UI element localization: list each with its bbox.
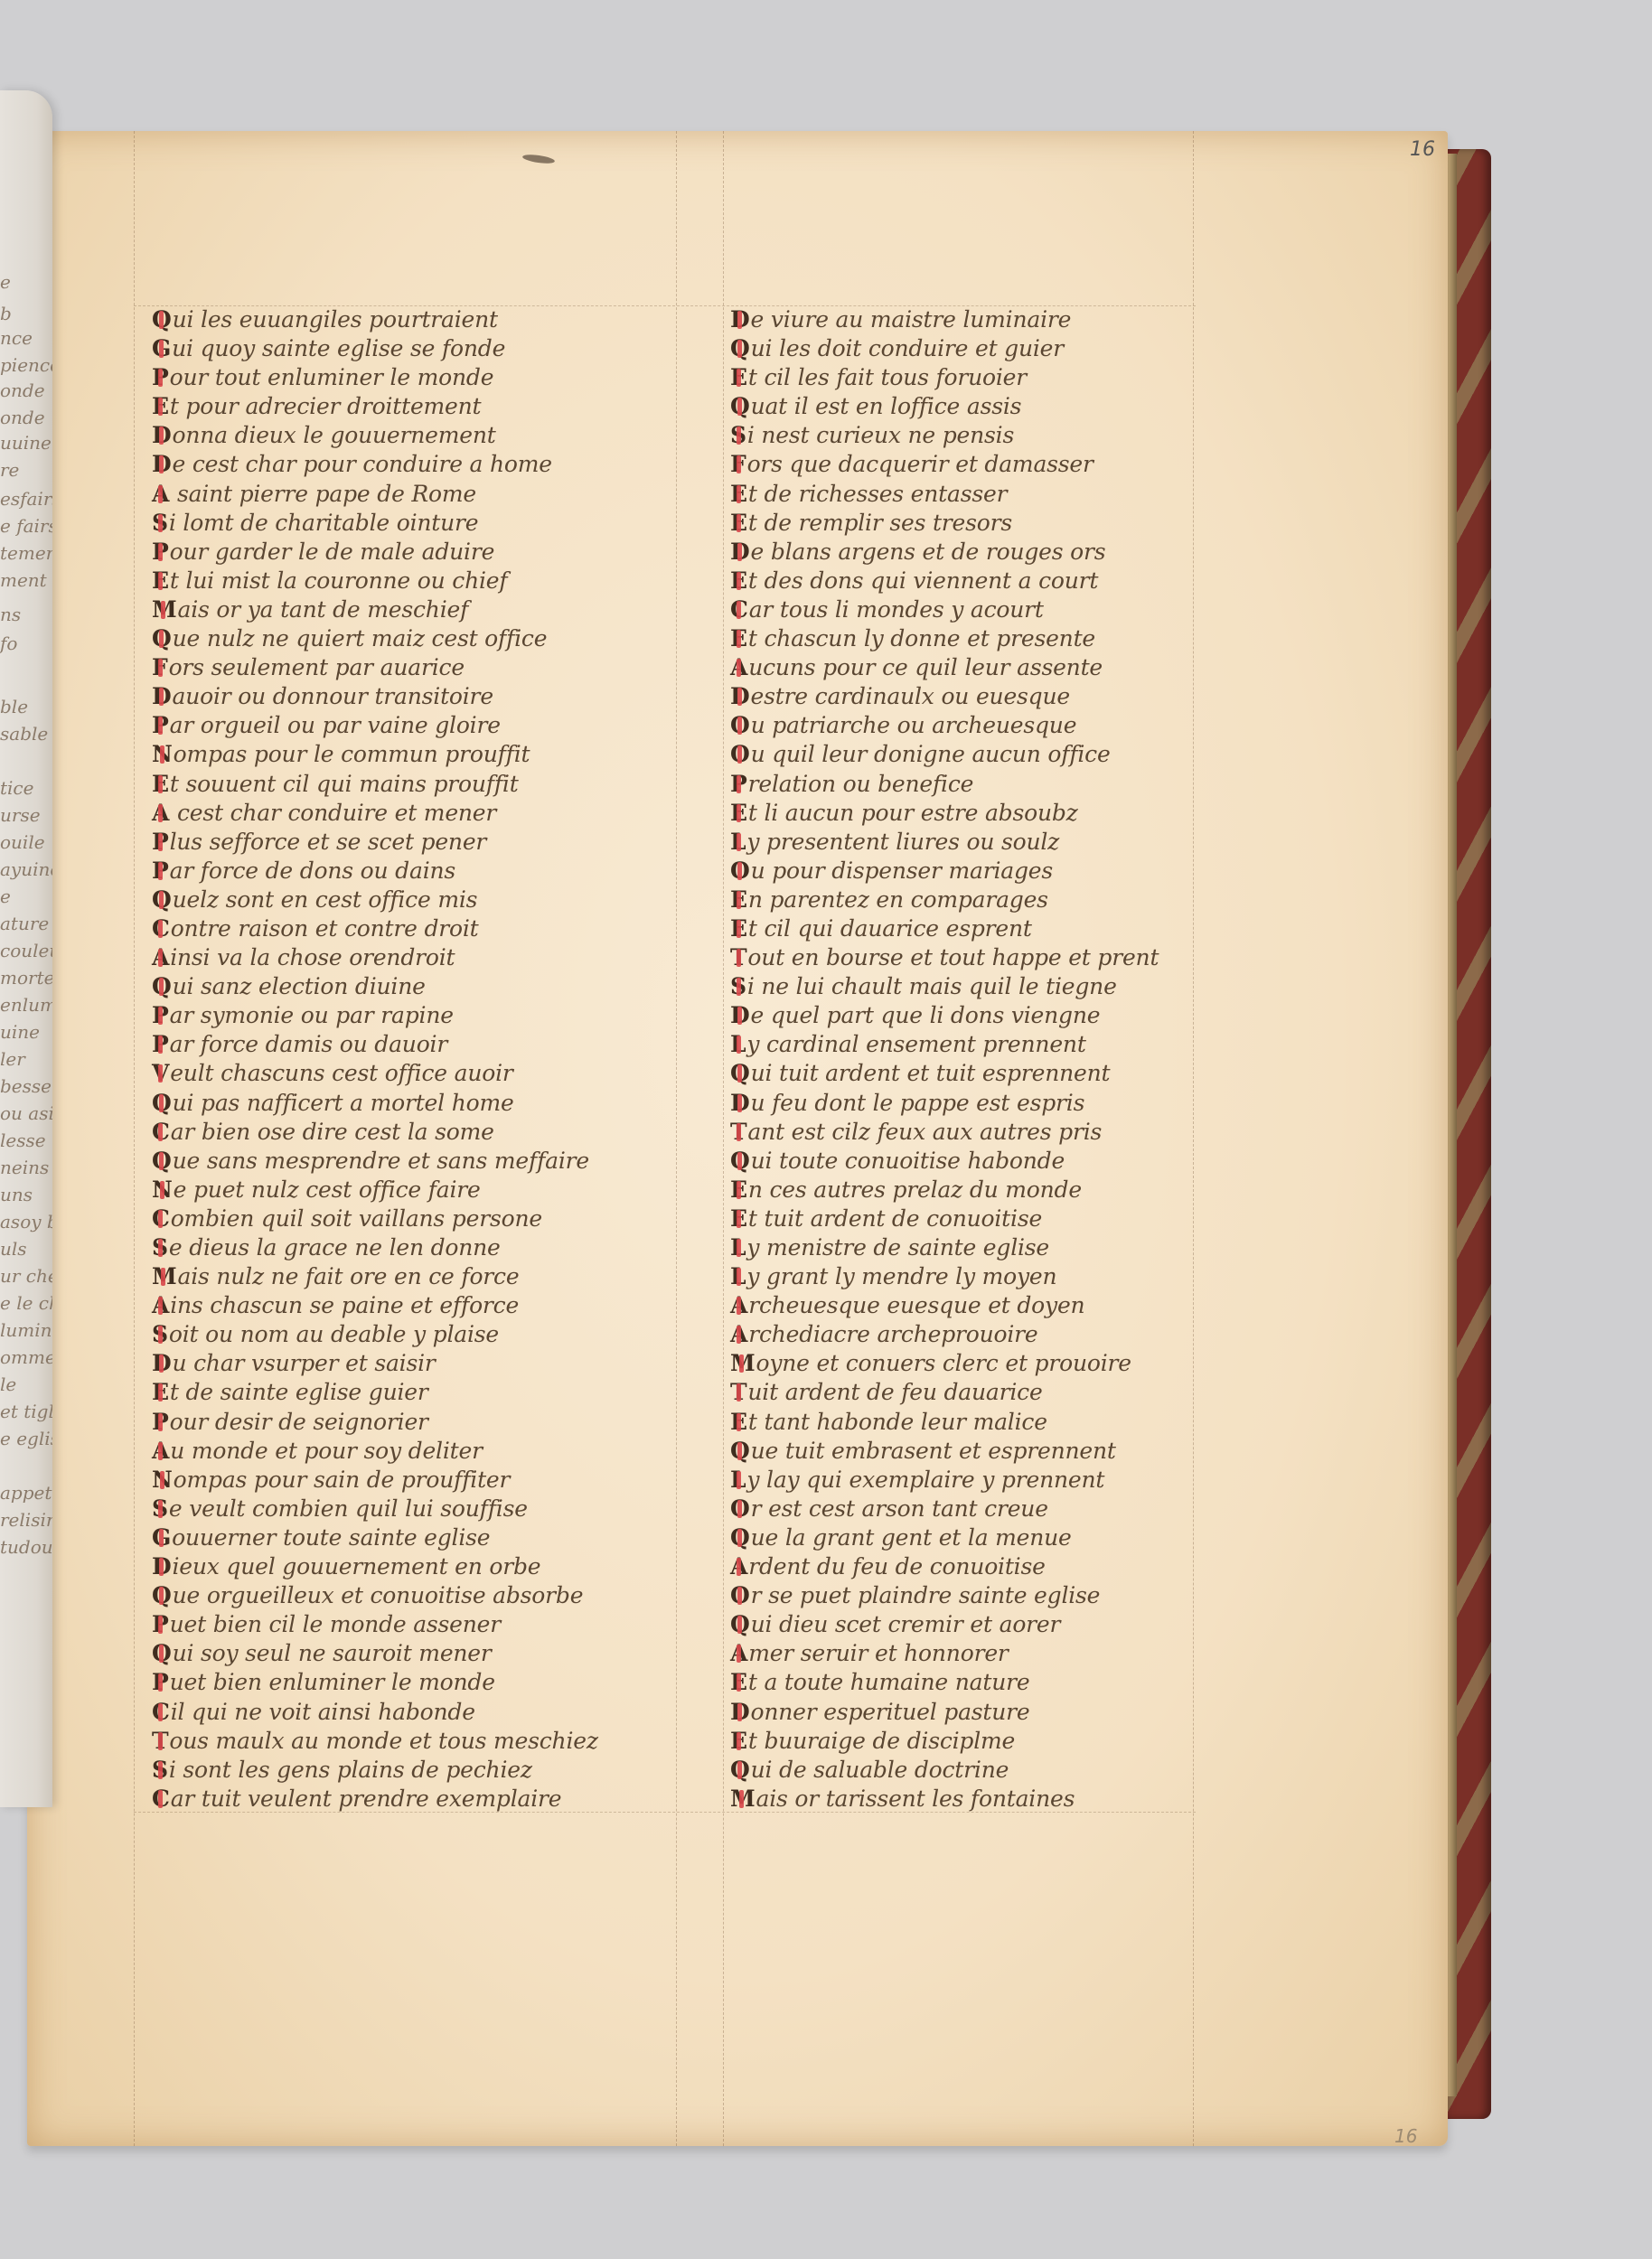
rubricated-initial: S xyxy=(730,972,746,1001)
rubricated-initial: A xyxy=(152,480,169,509)
facing-page-text-fragment: e xyxy=(0,271,11,293)
verse-text: ue tuit embrasent et esprennent xyxy=(751,1438,1116,1464)
verse-text: t tant habonde leur malice xyxy=(748,1409,1047,1435)
facing-page-text-fragment: e xyxy=(0,886,11,907)
verse-line: Donna dieux le gouuernement xyxy=(152,421,598,450)
rubricated-initial: E xyxy=(730,1408,747,1437)
verse-text: uat il est en loffice assis xyxy=(751,393,1022,419)
verse-line: Aucuns pour ce quil leur assente xyxy=(730,653,1159,682)
facing-page-text-fragment: b xyxy=(0,303,12,324)
verse-text: r est cest arson tant creue xyxy=(751,1495,1048,1522)
facing-page-text-fragment: ayuine xyxy=(0,858,52,880)
verse-line: Combien quil soit vaillans persone xyxy=(152,1204,598,1233)
rubricated-initial: S xyxy=(152,509,168,538)
verse-line: A saint pierre pape de Rome xyxy=(152,480,598,509)
verse-text: y cardinal ensement prennent xyxy=(746,1031,1085,1057)
rubricated-initial: Q xyxy=(152,305,172,334)
verse-line: Car tuit veulent prendre exemplaire xyxy=(152,1785,598,1814)
facing-page-text-fragment: uuine xyxy=(0,432,52,454)
rubricated-initial: E xyxy=(730,363,747,392)
verse-text: onner esperituel pasture xyxy=(750,1699,1029,1725)
verse-line: Veult chascuns cest office auoir xyxy=(152,1059,598,1088)
rubricated-initial: L xyxy=(730,828,746,857)
verse-line: Ainsi va la chose orendroit xyxy=(152,943,598,972)
verse-line: Destre cardinaulx ou euesque xyxy=(730,682,1159,711)
verse-text: relation ou benefice xyxy=(748,771,974,797)
verse-line: De viure au maistre luminaire xyxy=(730,305,1159,334)
ruling-line xyxy=(1193,131,1194,2146)
verse-text: n ces autres prelaz du monde xyxy=(748,1176,1082,1203)
rubricated-initial: A xyxy=(730,653,747,682)
verse-line: Ly cardinal ensement prennent xyxy=(730,1030,1159,1059)
rubricated-initial: V xyxy=(152,1059,169,1088)
facing-page-text-fragment: esfairs xyxy=(0,488,52,510)
verse-text: rcheuesque euesque et doyen xyxy=(748,1292,1084,1318)
verse-line: En ces autres prelaz du monde xyxy=(730,1176,1159,1204)
verse-line: Que la grant gent et la menue xyxy=(730,1523,1159,1552)
verse-line: Que nulz ne quiert maiz cest office xyxy=(152,624,598,653)
rubricated-initial: E xyxy=(730,1727,747,1756)
verse-text: uelz sont en cest office mis xyxy=(173,886,478,913)
verse-line: Si nest curieux ne pensis xyxy=(730,421,1159,450)
verse-text: out en bourse et tout happe et prent xyxy=(747,944,1159,970)
rubricated-initial: Q xyxy=(730,392,750,421)
rubricated-initial: E xyxy=(730,1668,747,1697)
rubricated-initial: E xyxy=(730,1176,747,1204)
bottom-folio-mark: 16 xyxy=(1394,2125,1417,2147)
rubricated-initial: E xyxy=(730,480,747,509)
verse-text: our tout enluminer le monde xyxy=(170,364,494,390)
verse-text: ue sans mesprendre et sans meffaire xyxy=(173,1148,589,1174)
verse-line: Si ne lui chault mais quil le tiegne xyxy=(730,972,1159,1001)
rubricated-initial: D xyxy=(730,305,749,334)
rubricated-initial: D xyxy=(730,1698,749,1727)
verse-text: u pour dispenser mariages xyxy=(751,858,1053,884)
rubricated-initial: Q xyxy=(152,1089,172,1118)
verse-text: r se puet plaindre sainte eglise xyxy=(751,1582,1101,1608)
verse-line: Plus sefforce et se scet pener xyxy=(152,828,598,857)
verse-line: Fors que dacquerir et damasser xyxy=(730,450,1159,479)
verse-line: Qui sanz election diuine xyxy=(152,972,598,1001)
rubricated-initial: E xyxy=(730,567,747,595)
verse-line: Qui tuit ardent et tuit esprennent xyxy=(730,1059,1159,1088)
rubricated-initial: P xyxy=(152,1668,169,1697)
facing-page-text-fragment: nce xyxy=(0,327,33,349)
verse-line: Cil qui ne voit ainsi habonde xyxy=(152,1698,598,1727)
rubricated-initial: Q xyxy=(152,972,172,1001)
rubricated-initial: A xyxy=(152,943,169,972)
rubricated-initial: A xyxy=(730,1320,747,1349)
verse-line: Qui les doit conduire et guier xyxy=(730,334,1159,363)
verse-text: lus sefforce et se scet pener xyxy=(170,829,487,855)
verse-line: Gouuerner toute sainte eglise xyxy=(152,1523,598,1552)
rubricated-initial: C xyxy=(730,595,748,624)
verse-line: Que sans mesprendre et sans meffaire xyxy=(152,1147,598,1176)
verse-line: Du char vsurper et saisir xyxy=(152,1349,598,1378)
rubricated-initial: D xyxy=(152,682,171,711)
rubricated-initial: Q xyxy=(730,1437,750,1466)
rubricated-initial: O xyxy=(730,857,750,886)
verse-text: ar tuit veulent prendre exemplaire xyxy=(171,1786,562,1812)
verse-line: Et de richesses entasser xyxy=(730,480,1159,509)
facing-page-text-fragment: sable xyxy=(0,723,48,745)
facing-page-text-fragment: e eglise xyxy=(0,1428,52,1449)
rubricated-initial: P xyxy=(152,1001,169,1030)
verse-line: Et lui mist la couronne ou chief xyxy=(152,567,598,595)
verse-line: Fors seulement par auarice xyxy=(152,653,598,682)
verse-line: Amer seruir et honnorer xyxy=(730,1639,1159,1668)
rubricated-initial: E xyxy=(152,770,169,799)
rubricated-initial: A xyxy=(152,799,169,828)
rubricated-initial: E xyxy=(730,886,747,914)
verse-text: ucuns pour ce quil leur assente xyxy=(748,654,1103,680)
verse-line: Se veult combien quil lui souffise xyxy=(152,1495,598,1523)
verse-line: Soit ou nom au deable y plaise xyxy=(152,1320,598,1349)
facing-page-text-fragment: neins xyxy=(0,1157,49,1178)
verse-text: t tuit ardent de conuoitise xyxy=(748,1205,1042,1232)
facing-page-text-fragment: pience xyxy=(0,354,52,376)
verse-line: Et de sainte eglise guier xyxy=(152,1378,598,1407)
verse-line: Se dieus la grace ne len donne xyxy=(152,1233,598,1262)
verse-line: De quel part que li dons viengne xyxy=(730,1001,1159,1030)
verse-text: auoir ou donnour transitoire xyxy=(172,683,493,709)
facing-page-text-fragment: onde xyxy=(0,407,45,428)
facing-page-text-fragment: omme xyxy=(0,1346,52,1368)
rubricated-initial: L xyxy=(730,1262,746,1291)
facing-page-text-fragment: besser xyxy=(0,1075,52,1097)
verse-text: ais or ya tant de meschief xyxy=(177,596,468,623)
verse-text: y menistre de sainte eglise xyxy=(746,1234,1049,1261)
verse-text: i lomt de charitable ointure xyxy=(169,510,479,536)
verse-line: Tant est cilz feux aux autres pris xyxy=(730,1118,1159,1147)
rubricated-initial: A xyxy=(730,1552,747,1581)
rubricated-initial: L xyxy=(730,1233,746,1262)
facing-page-text-fragment: e le chiez xyxy=(0,1292,52,1314)
rubricated-initial: N xyxy=(152,740,173,769)
verse-line: Que orgueilleux et conuoitise absorbe xyxy=(152,1581,598,1610)
verse-text: ors que dacquerir et damasser xyxy=(747,451,1094,477)
verse-text: i nest curieux ne pensis xyxy=(747,422,1014,448)
verse-line: Donner esperituel pasture xyxy=(730,1698,1159,1727)
facing-page-text-fragment: e fairs xyxy=(0,515,52,537)
facing-page-text-fragment: asoy bems xyxy=(0,1211,52,1233)
rubricated-initial: T xyxy=(730,1118,746,1147)
facing-page-text-fragment: ou asil xyxy=(0,1102,52,1124)
ruling-line xyxy=(676,131,677,2146)
rubricated-initial: P xyxy=(152,538,169,567)
verse-line: Qui soy seul ne sauroit mener xyxy=(152,1639,598,1668)
rubricated-initial: P xyxy=(730,770,747,799)
rubricated-initial: Q xyxy=(152,1639,172,1668)
rubricated-initial: A xyxy=(730,1291,747,1320)
rubricated-initial: O xyxy=(730,1581,750,1610)
verse-line: Ardent du feu de conuoitise xyxy=(730,1552,1159,1581)
rubricated-initial: A xyxy=(152,1437,169,1466)
verse-text: mer seruir et honnorer xyxy=(748,1640,1008,1666)
verse-text: ar orgueil ou par vaine gloire xyxy=(170,712,501,738)
verse-line: Dauoir ou donnour transitoire xyxy=(152,682,598,711)
rubricated-initial: A xyxy=(152,1291,169,1320)
facing-page-text-fragment: tement xyxy=(0,542,52,564)
rubricated-initial: Q xyxy=(730,1610,750,1639)
rubricated-initial: E xyxy=(730,624,747,653)
facing-page-text-fragment: ment xyxy=(0,569,47,591)
verse-line: De cest char pour conduire a home xyxy=(152,450,598,479)
verse-text: t li aucun pour estre absoubz xyxy=(748,800,1078,826)
rubricated-initial: Q xyxy=(730,1059,750,1088)
rubricated-initial: D xyxy=(730,682,749,711)
verse-line: Et li aucun pour estre absoubz xyxy=(730,799,1159,828)
facing-page-text-fragment: ns xyxy=(0,604,21,625)
rubricated-initial: C xyxy=(152,1204,170,1233)
verse-line: Qui les euuangiles pourtraient xyxy=(152,305,598,334)
verse-text: i ne lui chault mais quil le tiegne xyxy=(747,973,1117,999)
facing-page-edge: ebncepienceondeondeuuinereesfairse fairs… xyxy=(0,90,52,1807)
rubricated-initial: E xyxy=(152,1378,169,1407)
rubricated-initial: Q xyxy=(152,1147,172,1176)
verse-text: ue orgueilleux et conuoitise absorbe xyxy=(173,1582,584,1608)
verse-text: eult chascuns cest office auoir xyxy=(170,1060,512,1086)
facing-page-text-fragment: enlumine xyxy=(0,994,52,1016)
facing-page-text-fragment: fo xyxy=(0,633,17,654)
verse-text: ar force damis ou dauoir xyxy=(170,1031,448,1057)
rubricated-initial: E xyxy=(730,1204,747,1233)
verse-line: Tuit ardent de feu dauarice xyxy=(730,1378,1159,1407)
verse-line: Par symonie ou par rapine xyxy=(152,1001,598,1030)
verse-line: Pour desir de seignorier xyxy=(152,1408,598,1437)
verse-text: ui soy seul ne sauroit mener xyxy=(173,1640,492,1666)
facing-page-text-fragment: tice xyxy=(0,777,33,799)
rubricated-initial: F xyxy=(730,450,746,479)
verse-text: ar symonie ou par rapine xyxy=(170,1002,454,1028)
verse-line: Puet bien cil le monde assener xyxy=(152,1610,598,1639)
rubricated-initial: Q xyxy=(730,334,750,363)
ruling-line xyxy=(134,131,135,2146)
rubricated-initial: P xyxy=(152,828,169,857)
rubricated-initial: N xyxy=(152,1466,173,1495)
verse-line: Nompas pour sain de prouffiter xyxy=(152,1466,598,1495)
rubricated-initial: C xyxy=(152,1118,170,1147)
verse-text: t souuent cil qui mains prouffit xyxy=(170,771,519,797)
rubricated-initial: Q xyxy=(152,886,172,914)
verse-line: Qui dieu scet cremir et aorer xyxy=(730,1610,1159,1639)
verse-line: Par force damis ou dauoir xyxy=(152,1030,598,1059)
verse-line: Archeuesque euesque et doyen xyxy=(730,1291,1159,1320)
verse-text: t buuraige de disciplme xyxy=(748,1728,1015,1754)
facing-page-text-fragment: uine xyxy=(0,1021,40,1043)
verse-line: Si lomt de charitable ointure xyxy=(152,509,598,538)
verse-text: ui pas nafficert a mortel home xyxy=(173,1090,514,1116)
facing-page-text-fragment: uns xyxy=(0,1184,33,1205)
rubricated-initial: S xyxy=(152,1756,168,1785)
verse-text: ieux quel gouuernement en orbe xyxy=(172,1553,540,1579)
verse-text: uet bien enluminer le monde xyxy=(170,1669,495,1695)
rubricated-initial: M xyxy=(730,1785,755,1814)
verse-text: ui dieu scet cremir et aorer xyxy=(751,1611,1061,1637)
verse-line: Or est cest arson tant creue xyxy=(730,1495,1159,1523)
text-column-left: Qui les euuangiles pourtraientGui quoy s… xyxy=(152,305,598,1814)
verse-text: y grant ly mendre ly moyen xyxy=(746,1263,1056,1289)
facing-page-text-fragment: re xyxy=(0,459,19,481)
verse-text: ins chascun se paine et efforce xyxy=(170,1292,519,1318)
verse-line: En parentez en comparages xyxy=(730,886,1159,914)
verse-line: Pour garder le de male aduire xyxy=(152,538,598,567)
verse-text: uit ardent de feu dauarice xyxy=(747,1379,1042,1405)
verse-text: our garder le de male aduire xyxy=(170,539,495,565)
verse-line: Et des dons qui viennent a court xyxy=(730,567,1159,595)
verse-text: ant est cilz feux aux autres pris xyxy=(747,1119,1102,1145)
verse-line: Tous maulx au monde et tous meschiez xyxy=(152,1727,598,1756)
verse-text: t cil les fait tous foruoier xyxy=(748,364,1027,390)
rubricated-initial: M xyxy=(152,1262,176,1291)
verse-line: Si sont les gens plains de pechiez xyxy=(152,1756,598,1785)
rubricated-initial: D xyxy=(730,1001,749,1030)
verse-text: u patriarche ou archeuesque xyxy=(751,712,1077,738)
rubricated-initial: D xyxy=(152,1552,171,1581)
verse-line: Qui pas nafficert a mortel home xyxy=(152,1089,598,1118)
verse-line: Dieux quel gouuernement en orbe xyxy=(152,1552,598,1581)
verse-text: estre cardinaulx ou euesque xyxy=(750,683,1070,709)
rubricated-initial: P xyxy=(152,1408,169,1437)
verse-text: ui tuit ardent et tuit esprennent xyxy=(751,1060,1111,1086)
verse-text: ouuerner toute sainte eglise xyxy=(172,1524,490,1551)
verse-text: onna dieux le gouuernement xyxy=(172,422,495,448)
facing-page-text-fragment: relisire xyxy=(0,1509,52,1531)
rubricated-initial: E xyxy=(152,567,169,595)
verse-text: ue nulz ne quiert maiz cest office xyxy=(173,625,548,651)
verse-text: ais or tarissent les fontaines xyxy=(756,1786,1075,1812)
verse-text: e viure au maistre luminaire xyxy=(750,306,1071,333)
verse-line: Et tuit ardent de conuoitise xyxy=(730,1204,1159,1233)
verse-text: ompas pour le commun prouffit xyxy=(174,741,530,767)
verse-text: ar bien ose dire cest la some xyxy=(171,1119,494,1145)
rubricated-initial: G xyxy=(152,334,171,363)
rubricated-initial: T xyxy=(152,1727,168,1756)
verse-line: Ly menistre de sainte eglise xyxy=(730,1233,1159,1262)
verse-text: e blans argens et de rouges ors xyxy=(750,539,1105,565)
verse-line: Et a toute humaine nature xyxy=(730,1668,1159,1697)
verse-text: t de remplir ses tresors xyxy=(748,510,1012,536)
facing-page-text-fragment: mortel de xyxy=(0,967,52,989)
verse-line: Et buuraige de disciplme xyxy=(730,1727,1159,1756)
rubricated-initial: L xyxy=(730,1030,746,1059)
rubricated-initial: F xyxy=(152,653,168,682)
facing-page-text-fragment: ature xyxy=(0,913,49,934)
facing-page-text-fragment: appetite xyxy=(0,1482,52,1504)
rubricated-initial: S xyxy=(152,1320,168,1349)
rubricated-initial: Q xyxy=(152,1581,172,1610)
rubricated-initial: S xyxy=(152,1495,168,1523)
verse-line: Gui quoy sainte eglise se fonde xyxy=(152,334,598,363)
verse-line: Au monde et pour soy deliter xyxy=(152,1437,598,1466)
verse-line: Prelation ou benefice xyxy=(730,770,1159,799)
verse-text: e puet nulz cest office faire xyxy=(174,1176,481,1203)
rubricated-initial: G xyxy=(152,1523,171,1552)
verse-line: Ly grant ly mendre ly moyen xyxy=(730,1262,1159,1291)
facing-page-text-fragment: ur chez xyxy=(0,1265,52,1287)
rubricated-initial: M xyxy=(730,1349,755,1378)
verse-text: u feu dont le pappe est espris xyxy=(750,1090,1084,1116)
verse-line: Ly presentent liures ou soulz xyxy=(730,828,1159,857)
ruling-line xyxy=(723,131,724,2146)
verse-line: Car tous li mondes y acourt xyxy=(730,595,1159,624)
facing-page-text-fragment: lumine xyxy=(0,1319,52,1341)
verse-text: t cil qui dauarice esprent xyxy=(748,915,1032,942)
verse-text: ue la grant gent et la menue xyxy=(751,1524,1072,1551)
verse-line: Puet bien enluminer le monde xyxy=(152,1668,598,1697)
rubricated-initial: P xyxy=(152,1610,169,1639)
verse-text: saint pierre pape de Rome xyxy=(170,481,476,507)
rubricated-initial: P xyxy=(152,363,169,392)
verse-text: y lay qui exemplaire y prennent xyxy=(746,1467,1104,1493)
facing-page-text-fragment: ble xyxy=(0,696,28,717)
verse-text: t pour adrecier droittement xyxy=(170,393,482,419)
verse-line: Mais or tarissent les fontaines xyxy=(730,1785,1159,1814)
verse-text: u monde et pour soy deliter xyxy=(170,1438,483,1464)
rubricated-initial: S xyxy=(730,421,746,450)
verse-line: Or se puet plaindre sainte eglise xyxy=(730,1581,1159,1610)
verse-text: e dieus la grace ne len donne xyxy=(169,1234,501,1261)
rubricated-initial: E xyxy=(730,509,747,538)
verse-text: ar force de dons ou dains xyxy=(170,858,455,884)
verse-text: t des dons qui viennent a court xyxy=(748,567,1098,594)
facing-page-text-fragment: onde xyxy=(0,380,45,401)
verse-line: Par force de dons ou dains xyxy=(152,857,598,886)
verse-line: Quelz sont en cest office mis xyxy=(152,886,598,914)
verse-line: Archediacre archeprouoire xyxy=(730,1320,1159,1349)
verse-text: y presentent liures ou soulz xyxy=(746,829,1059,855)
verse-line: A cest char conduire et mener xyxy=(152,799,598,828)
rubricated-initial: C xyxy=(152,1785,170,1814)
verse-line: Et cil qui dauarice esprent xyxy=(730,914,1159,943)
verse-text: oit ou nom au deable y plaise xyxy=(169,1321,499,1347)
verse-line: Par orgueil ou par vaine gloire xyxy=(152,711,598,740)
rubricated-initial: C xyxy=(152,914,170,943)
verse-text: ui quoy sainte eglise se fonde xyxy=(172,335,505,361)
facing-page-text-fragment: urse xyxy=(0,804,41,826)
verse-line: Du feu dont le pappe est espris xyxy=(730,1089,1159,1118)
rubricated-initial: O xyxy=(730,740,750,769)
rubricated-initial: T xyxy=(730,1378,746,1407)
rubricated-initial: D xyxy=(152,1349,171,1378)
verse-line: Mais nulz ne fait ore en ce force xyxy=(152,1262,598,1291)
verse-line: Ou quil leur donigne aucun office xyxy=(730,740,1159,769)
rubricated-initial: A xyxy=(730,1639,747,1668)
verse-text: t chascun ly donne et presente xyxy=(748,625,1095,651)
rubricated-initial: Q xyxy=(730,1756,750,1785)
verse-line: Quat il est en loffice assis xyxy=(730,392,1159,421)
verse-line: Et tant habonde leur malice xyxy=(730,1408,1159,1437)
verse-text: i sont les gens plains de pechiez xyxy=(169,1757,532,1783)
rubricated-initial: P xyxy=(152,857,169,886)
verse-text: oyne et conuers clerc et prouoire xyxy=(756,1350,1131,1376)
rubricated-initial: O xyxy=(730,711,750,740)
verse-line: Et chascun ly donne et presente xyxy=(730,624,1159,653)
verse-text: ui sanz election diuine xyxy=(173,973,426,999)
verse-text: ombien quil soit vaillans persone xyxy=(171,1205,542,1232)
verse-line: Et de remplir ses tresors xyxy=(730,509,1159,538)
verse-text: uet bien cil le monde assener xyxy=(170,1611,501,1637)
rubricated-initial: P xyxy=(152,1030,169,1059)
verse-text: t de richesses entasser xyxy=(748,481,1007,507)
rubricated-initial: P xyxy=(152,711,169,740)
rubricated-initial: L xyxy=(730,1466,746,1495)
verse-text: ais nulz ne fait ore en ce force xyxy=(177,1263,519,1289)
facing-page-text-fragment: lesse xyxy=(0,1129,46,1151)
verse-text: n parentez en comparages xyxy=(748,886,1048,913)
verse-line: Ou pour dispenser mariages xyxy=(730,857,1159,886)
rubricated-initial: D xyxy=(730,538,749,567)
